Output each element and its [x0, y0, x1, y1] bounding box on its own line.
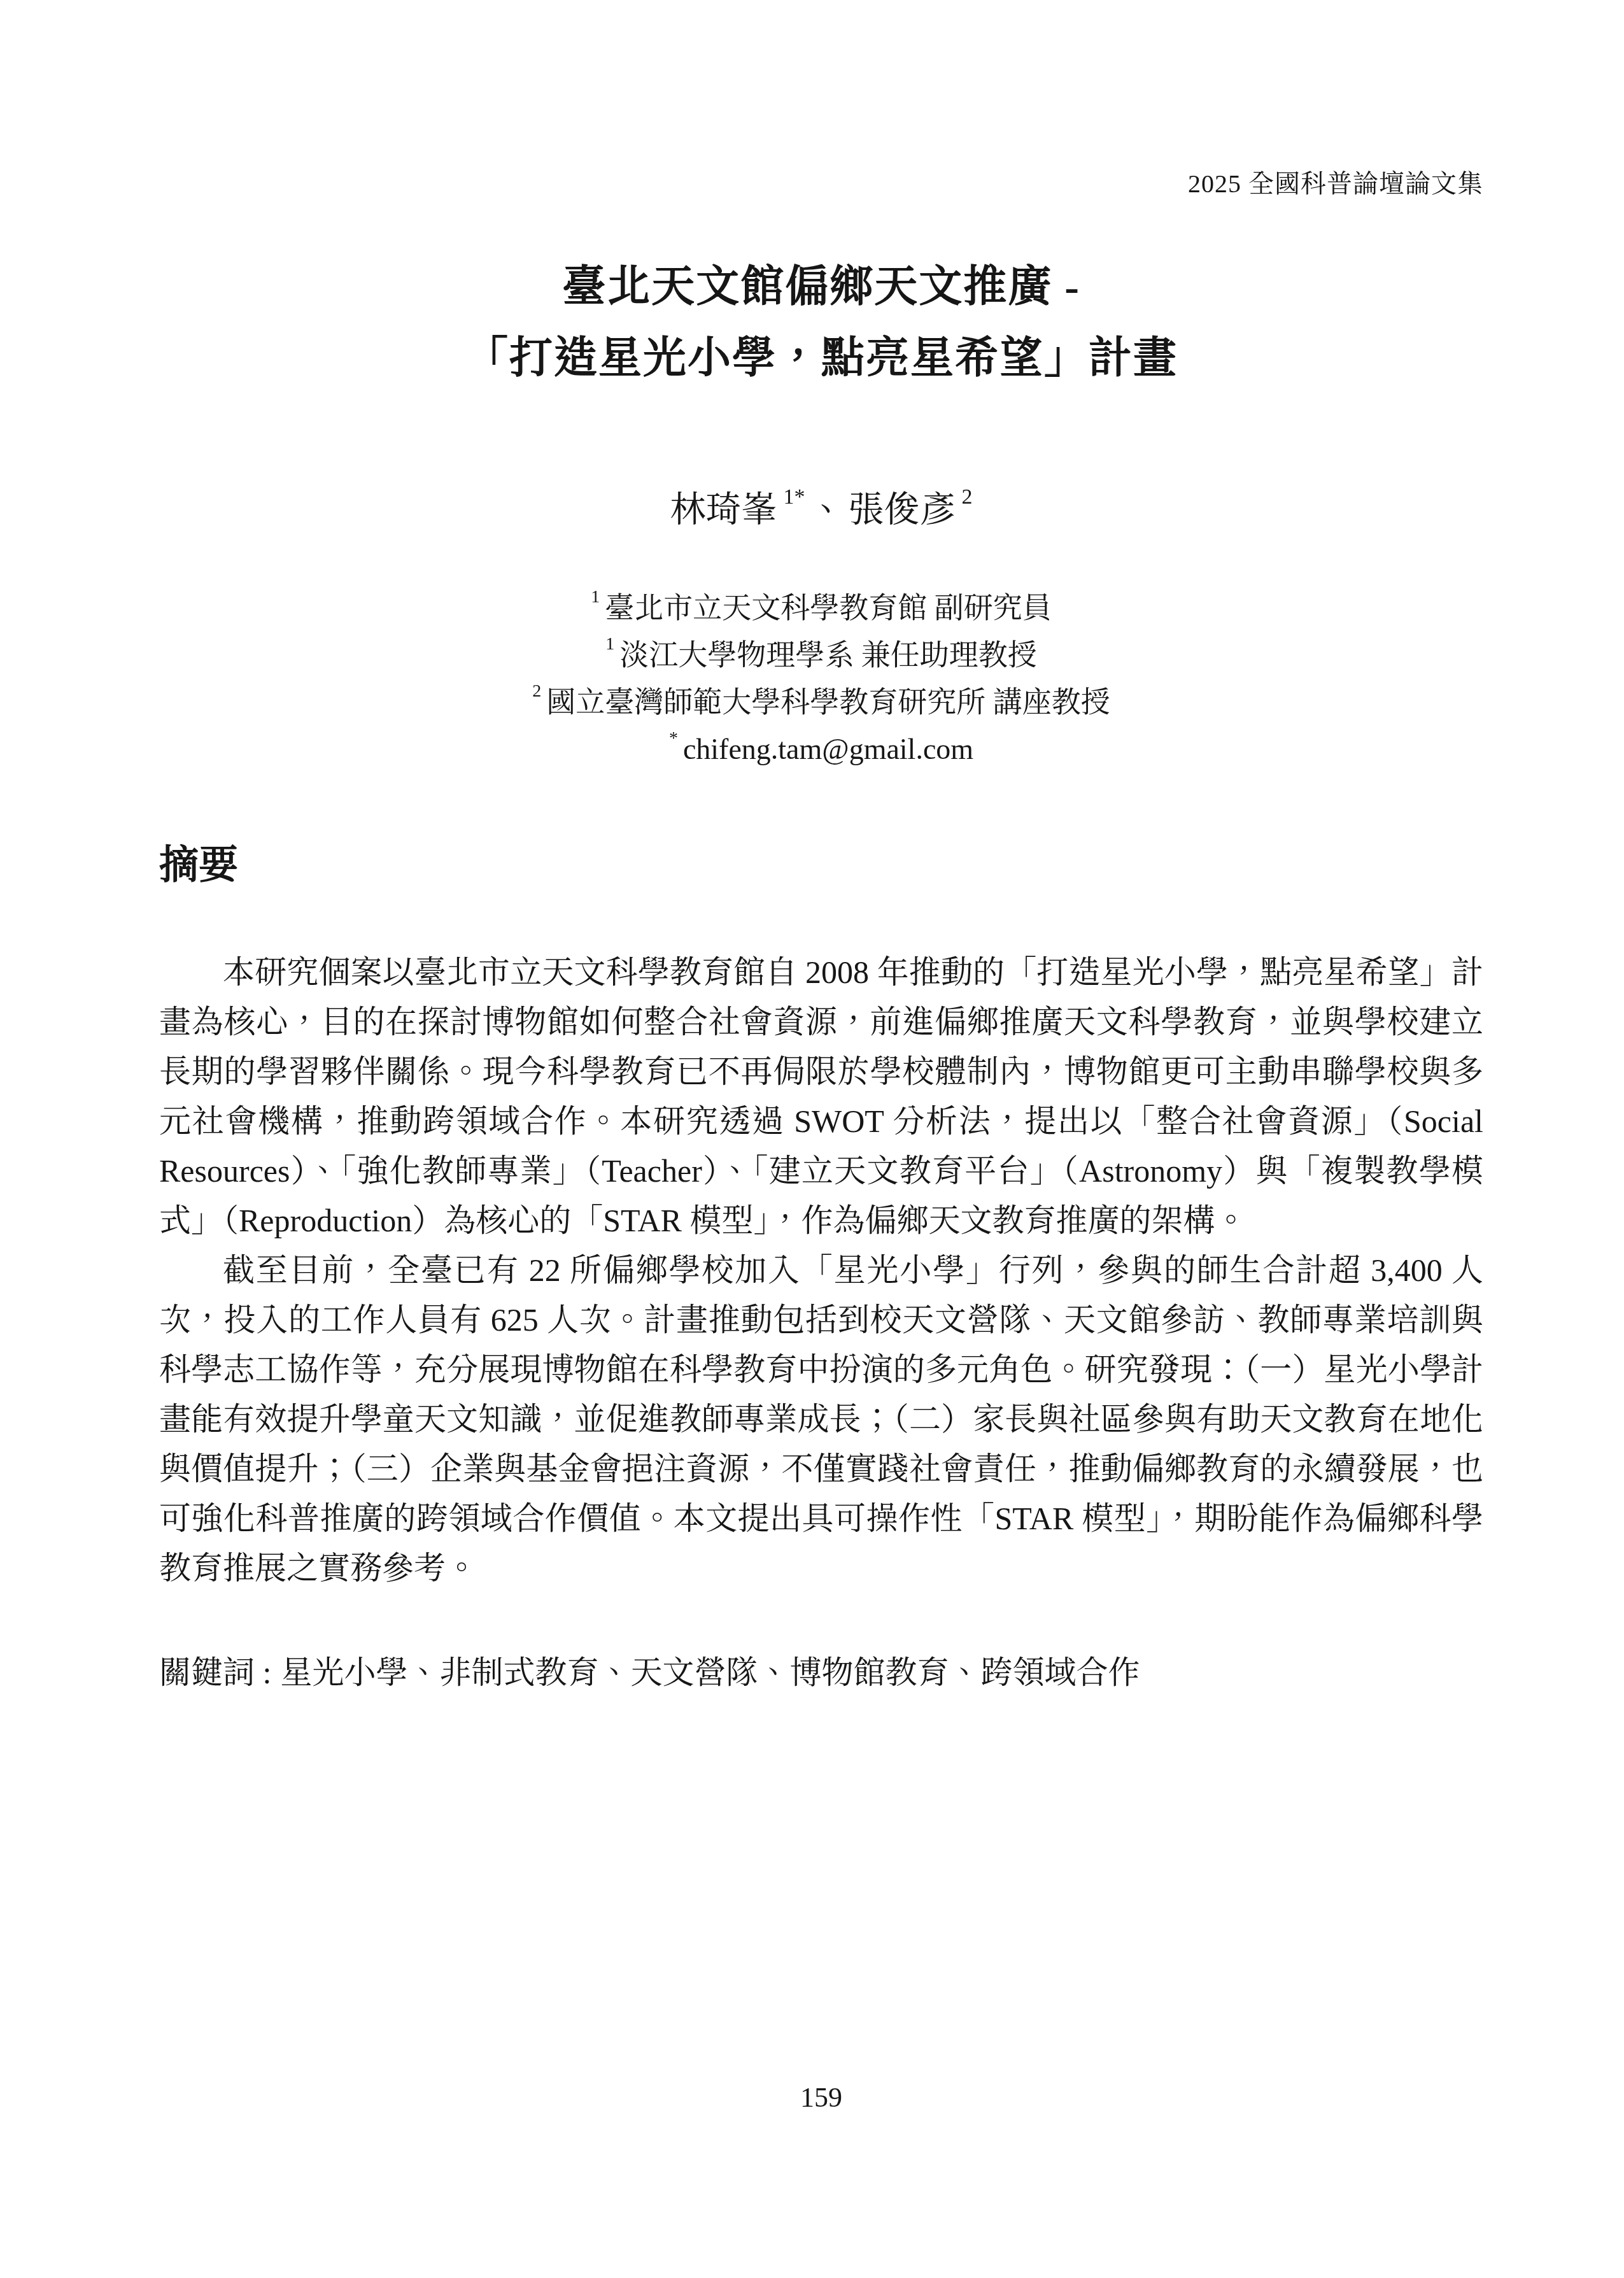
authors-line: 林琦峯1*、張俊彥2	[159, 488, 1483, 532]
affiliations-block: 1臺北市立天文科學教育館 副研究員 1淡江大學物理學系 兼任助理教授 2國立臺灣…	[159, 584, 1483, 773]
author-2-superscript: 2	[962, 485, 973, 509]
page-number: 159	[159, 2082, 1483, 2114]
affiliation-1-text: 臺北市立天文科學教育館 副研究員	[605, 591, 1052, 624]
author-1-name: 林琦峯	[670, 490, 777, 530]
affiliation-1-superscript: 1	[591, 587, 600, 607]
contact-email-superscript: *	[669, 728, 678, 748]
affiliation-3-text: 國立臺灣師範大學科學教育研究所 講座教授	[546, 686, 1110, 718]
affiliation-line-3: 2國立臺灣師範大學科學教育研究所 講座教授	[159, 679, 1483, 726]
paper-title-line-1: 臺北天文館偏鄉天文推廣 -	[562, 262, 1080, 311]
abstract-paragraph-1: 本研究個案以臺北市立天文科學教育館自 2008 年推動的「打造星光小學，點亮星希…	[159, 947, 1483, 1245]
affiliation-line-2: 1淡江大學物理學系 兼任助理教授	[159, 632, 1483, 679]
affiliation-3-superscript: 2	[532, 681, 541, 701]
abstract-heading: 摘要	[159, 838, 1483, 894]
affiliation-2-superscript: 1	[605, 634, 614, 654]
paper-title-line-2: 「打造星光小學，點亮星希望」計畫	[465, 334, 1178, 382]
affiliation-line-1: 1臺北市立天文科學教育館 副研究員	[159, 584, 1483, 632]
author-2-name: 張俊彥	[849, 490, 956, 530]
document-page: 2025 全國科普論壇論文集 臺北天文館偏鄉天文推廣 - 「打造星光小學，點亮星…	[0, 0, 1624, 2278]
keywords-text: 星光小學、非制式教育、天文營隊、博物館教育、跨領域合作	[280, 1655, 1140, 1690]
abstract-paragraph-2: 截至目前，全臺已有 22 所偏鄉學校加入「星光小學」行列，參與的師生合計超 3,…	[159, 1245, 1483, 1593]
keywords-label: 關鍵詞 :	[159, 1655, 271, 1690]
contact-email: chifeng.tam@gmail.com	[683, 733, 973, 765]
paper-title: 臺北天文館偏鄉天文推廣 - 「打造星光小學，點亮星希望」計畫	[159, 251, 1483, 393]
keywords-line: 關鍵詞 :星光小學、非制式教育、天文營隊、博物館教育、跨領域合作	[159, 1648, 1483, 1697]
author-separator: 、	[809, 490, 845, 530]
affiliation-2-text: 淡江大學物理學系 兼任助理教授	[619, 639, 1037, 671]
proceedings-header: 2025 全國科普論壇論文集	[159, 0, 1483, 199]
contact-email-line: *chifeng.tam@gmail.com	[159, 726, 1483, 773]
author-1-superscript: 1*	[784, 485, 805, 509]
